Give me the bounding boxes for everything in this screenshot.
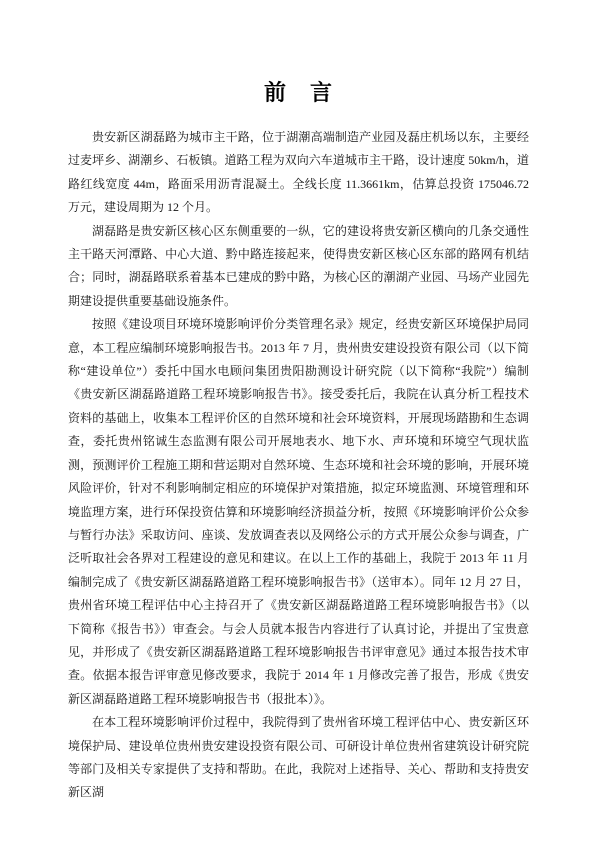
- paragraph-acknowledgements: 在本工程环境影响评价过程中，我院得到了贵州省环境工程评估中心、贵安新区环境保护局…: [68, 711, 529, 805]
- page-title: 前 言: [68, 80, 529, 106]
- paragraph-eia-process: 按照《建设项目环境环境影响评价分类管理名录》规定，经贵安新区环境保护局同意，本工…: [68, 313, 529, 711]
- document-body: 贵安新区湖磊路为城市主干路，位于湖潮高端制造产业园及磊庄机场以东，主要经过麦坪乡…: [68, 126, 529, 805]
- paragraph-road-significance: 湖磊路是贵安新区核心区东侧重要的一纵，它的建设将贵安新区横向的几条交通性主干路天…: [68, 220, 529, 314]
- document-page: 前 言 贵安新区湖磊路为城市主干路，位于湖潮高端制造产业园及磊庄机场以东，主要经…: [0, 0, 595, 842]
- paragraph-project-overview: 贵安新区湖磊路为城市主干路，位于湖潮高端制造产业园及磊庄机场以东，主要经过麦坪乡…: [68, 126, 529, 220]
